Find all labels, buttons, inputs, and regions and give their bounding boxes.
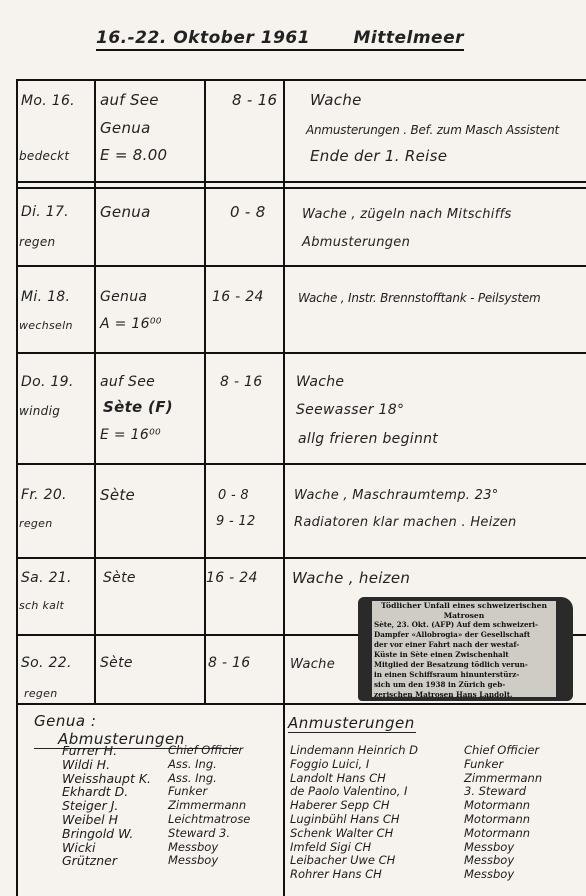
clipping-headline: Tödlicher Unfall eines schweizerischen — [374, 601, 554, 611]
crew-role: Funker — [168, 785, 250, 799]
region: Mittelmeer — [353, 28, 464, 48]
location-line: A = 16⁰⁰ — [100, 317, 162, 331]
clipping-line: Sète, 23. Okt. (AFP) Auf dem schweizeri- — [374, 620, 554, 630]
day-label: Mo. 16. — [21, 94, 75, 108]
crew-role: Chief Officier — [168, 744, 250, 758]
row-divider — [16, 187, 586, 189]
location-line: Genua — [100, 205, 151, 220]
row-divider — [16, 703, 586, 705]
crew-names: Lindemann Heinrich D Foggio Luici, I Lan… — [290, 744, 418, 882]
crew-name: Haberer Sepp CH — [290, 799, 418, 813]
crew-name: Lindemann Heinrich D — [290, 744, 418, 758]
note-line: Seewasser 18° — [296, 403, 404, 417]
note-line: Radiatoren klar machen . Heizen — [294, 516, 517, 529]
crew-names: Furrer H. Wildi H. Weisshaupt K. Ekhardt… — [62, 744, 151, 868]
clipping-line: Mitglied der Besatzung tödlich verun- — [374, 660, 554, 670]
crew-role: Messboy — [464, 854, 542, 868]
note-line: Wache — [296, 375, 344, 389]
newspaper-clipping: Tödlicher Unfall eines schweizerischen M… — [358, 597, 573, 701]
weather-label: sch kalt — [19, 600, 64, 611]
table-border-top — [16, 79, 586, 81]
row-divider — [16, 352, 586, 354]
crew-name: Schenk Walter CH — [290, 827, 418, 841]
heading-place: Genua : — [34, 712, 96, 730]
day-label: Sa. 21. — [21, 571, 72, 585]
crew-name: Wicki — [62, 841, 151, 855]
day-label: Fr. 20. — [21, 488, 67, 502]
watch-hours: 16 - 24 — [212, 290, 264, 304]
day-label: So. 22. — [21, 656, 72, 670]
crew-name: Weisshaupt K. — [62, 772, 151, 786]
location-line: Genua — [100, 290, 147, 304]
crew-role: Motormann — [464, 813, 542, 827]
watch-hours: 0 - 8 — [218, 489, 249, 502]
crew-role: Chief Officier — [464, 744, 542, 758]
crew-role: Messboy — [464, 841, 542, 855]
weather-label: regen — [19, 518, 53, 529]
location-line: Sète — [103, 571, 136, 585]
anmusterungen-heading: Anmusterungen — [288, 714, 416, 733]
table-divider-col1 — [94, 79, 96, 705]
crew-name: Imfeld Sigi CH — [290, 841, 418, 855]
day-label: Di. 17. — [21, 205, 69, 219]
note-line: Wache — [290, 658, 335, 671]
note-line: Wache — [310, 93, 362, 108]
row-divider — [16, 265, 586, 267]
weather-label: windig — [19, 405, 60, 417]
crew-role: Motormann — [464, 799, 542, 813]
crew-role: Leichtmatrose — [168, 813, 250, 827]
crew-role: Zimmermann — [168, 799, 250, 813]
location-line: Sète (F) — [103, 400, 173, 415]
crew-name: Ekhardt D. — [62, 785, 151, 799]
row-divider — [16, 557, 586, 559]
location-line: Sète — [100, 488, 135, 503]
row-divider — [16, 181, 586, 183]
weather-label: regen — [24, 688, 58, 699]
weather-label: bedeckt — [19, 150, 69, 162]
clipping-line: der vor einer Fahrt nach der westaf- — [374, 640, 554, 650]
clipping-line: sich um den 1938 in Zürich geb- — [374, 680, 554, 690]
date-range: 16.-22. Oktober 1961 — [96, 28, 310, 48]
clipping-line: in einen Schiffsraum hinunterstürz- — [374, 670, 554, 680]
watch-hours: 9 - 12 — [216, 515, 256, 528]
watch-hours: 8 - 16 — [220, 375, 262, 389]
crew-role: Messboy — [464, 868, 542, 882]
table-divider-col2 — [204, 79, 206, 705]
weather-label: wechseln — [19, 320, 73, 331]
note-line: Abmusterungen — [302, 236, 410, 249]
location-line: Genua — [100, 121, 151, 136]
page-title: 16.-22. Oktober 1961 Mittelmeer — [96, 28, 464, 51]
crew-name: Steiger J. — [62, 799, 151, 813]
note-line: Wache , Maschraumtemp. 23° — [294, 489, 499, 502]
watch-hours: 16 - 24 — [206, 571, 258, 585]
crew-role: Ass. Ing. — [168, 758, 250, 772]
table-border-left — [16, 79, 18, 896]
location-line: auf See — [100, 93, 159, 108]
watch-hours: 8 - 16 — [208, 656, 250, 670]
crew-roles: Chief Officier Funker Zimmermann 3. Stew… — [464, 744, 542, 882]
note-line: Ende der 1. Reise — [310, 149, 447, 164]
clipping-line: Küste in Sète einen Zwischenhalt — [374, 650, 554, 660]
crew-role: Steward 3. — [168, 827, 250, 841]
weather-label: regen — [19, 236, 55, 248]
crew-name: Leibacher Uwe CH — [290, 854, 418, 868]
row-divider — [16, 463, 586, 465]
watch-hours: 0 - 8 — [230, 205, 266, 220]
day-label: Mi. 18. — [21, 290, 70, 304]
note-line: Wache , Instr. Brennstofftank - Peilsyst… — [298, 292, 541, 304]
clipping-line: zerischen Matrosen Hans Landolt. — [374, 690, 554, 700]
crew-name: Luginbühl Hans CH — [290, 813, 418, 827]
watch-hours: 8 - 16 — [232, 93, 277, 108]
location-line: E = 8.00 — [100, 148, 167, 163]
location-line: auf See — [100, 375, 155, 389]
crew-role: Zimmermann — [464, 772, 542, 786]
crew-name: Rohrer Hans CH — [290, 868, 418, 882]
crew-role: Messboy — [168, 841, 250, 855]
crew-role: Ass. Ing. — [168, 772, 250, 786]
crew-name: Bringold W. — [62, 827, 151, 841]
clipping-line: Dampfer «Allobrogia» der Gesellschaft — [374, 630, 554, 640]
note-line: Wache , zügeln nach Mitschiffs — [302, 208, 512, 221]
crew-role: 3. Steward — [464, 785, 542, 799]
clipping-headline: Matrosen — [374, 611, 554, 621]
crew-name: Grützner — [62, 854, 151, 868]
crew-name: Wildi H. — [62, 758, 151, 772]
crew-name: Landolt Hans CH — [290, 772, 418, 786]
crew-role: Funker — [464, 758, 542, 772]
crew-name: de Paolo Valentino, I — [290, 785, 418, 799]
crew-name: Weibel H — [62, 813, 151, 827]
note-line: Anmusterungen . Bef. zum Masch Assistent — [306, 124, 559, 136]
note-line: allg frieren beginnt — [298, 432, 438, 446]
crew-role: Messboy — [168, 854, 250, 868]
crew-roles: Chief Officier Ass. Ing. Ass. Ing. Funke… — [168, 744, 250, 868]
crew-role: Motormann — [464, 827, 542, 841]
crew-name: Foggio Luici, I — [290, 758, 418, 772]
day-label: Do. 19. — [21, 375, 74, 389]
crew-name: Furrer H. — [62, 744, 151, 758]
location-line: E = 16⁰⁰ — [100, 428, 161, 442]
note-line: Wache , heizen — [292, 571, 410, 586]
table-divider-col3 — [283, 79, 285, 896]
location-line: Sète — [100, 656, 133, 670]
